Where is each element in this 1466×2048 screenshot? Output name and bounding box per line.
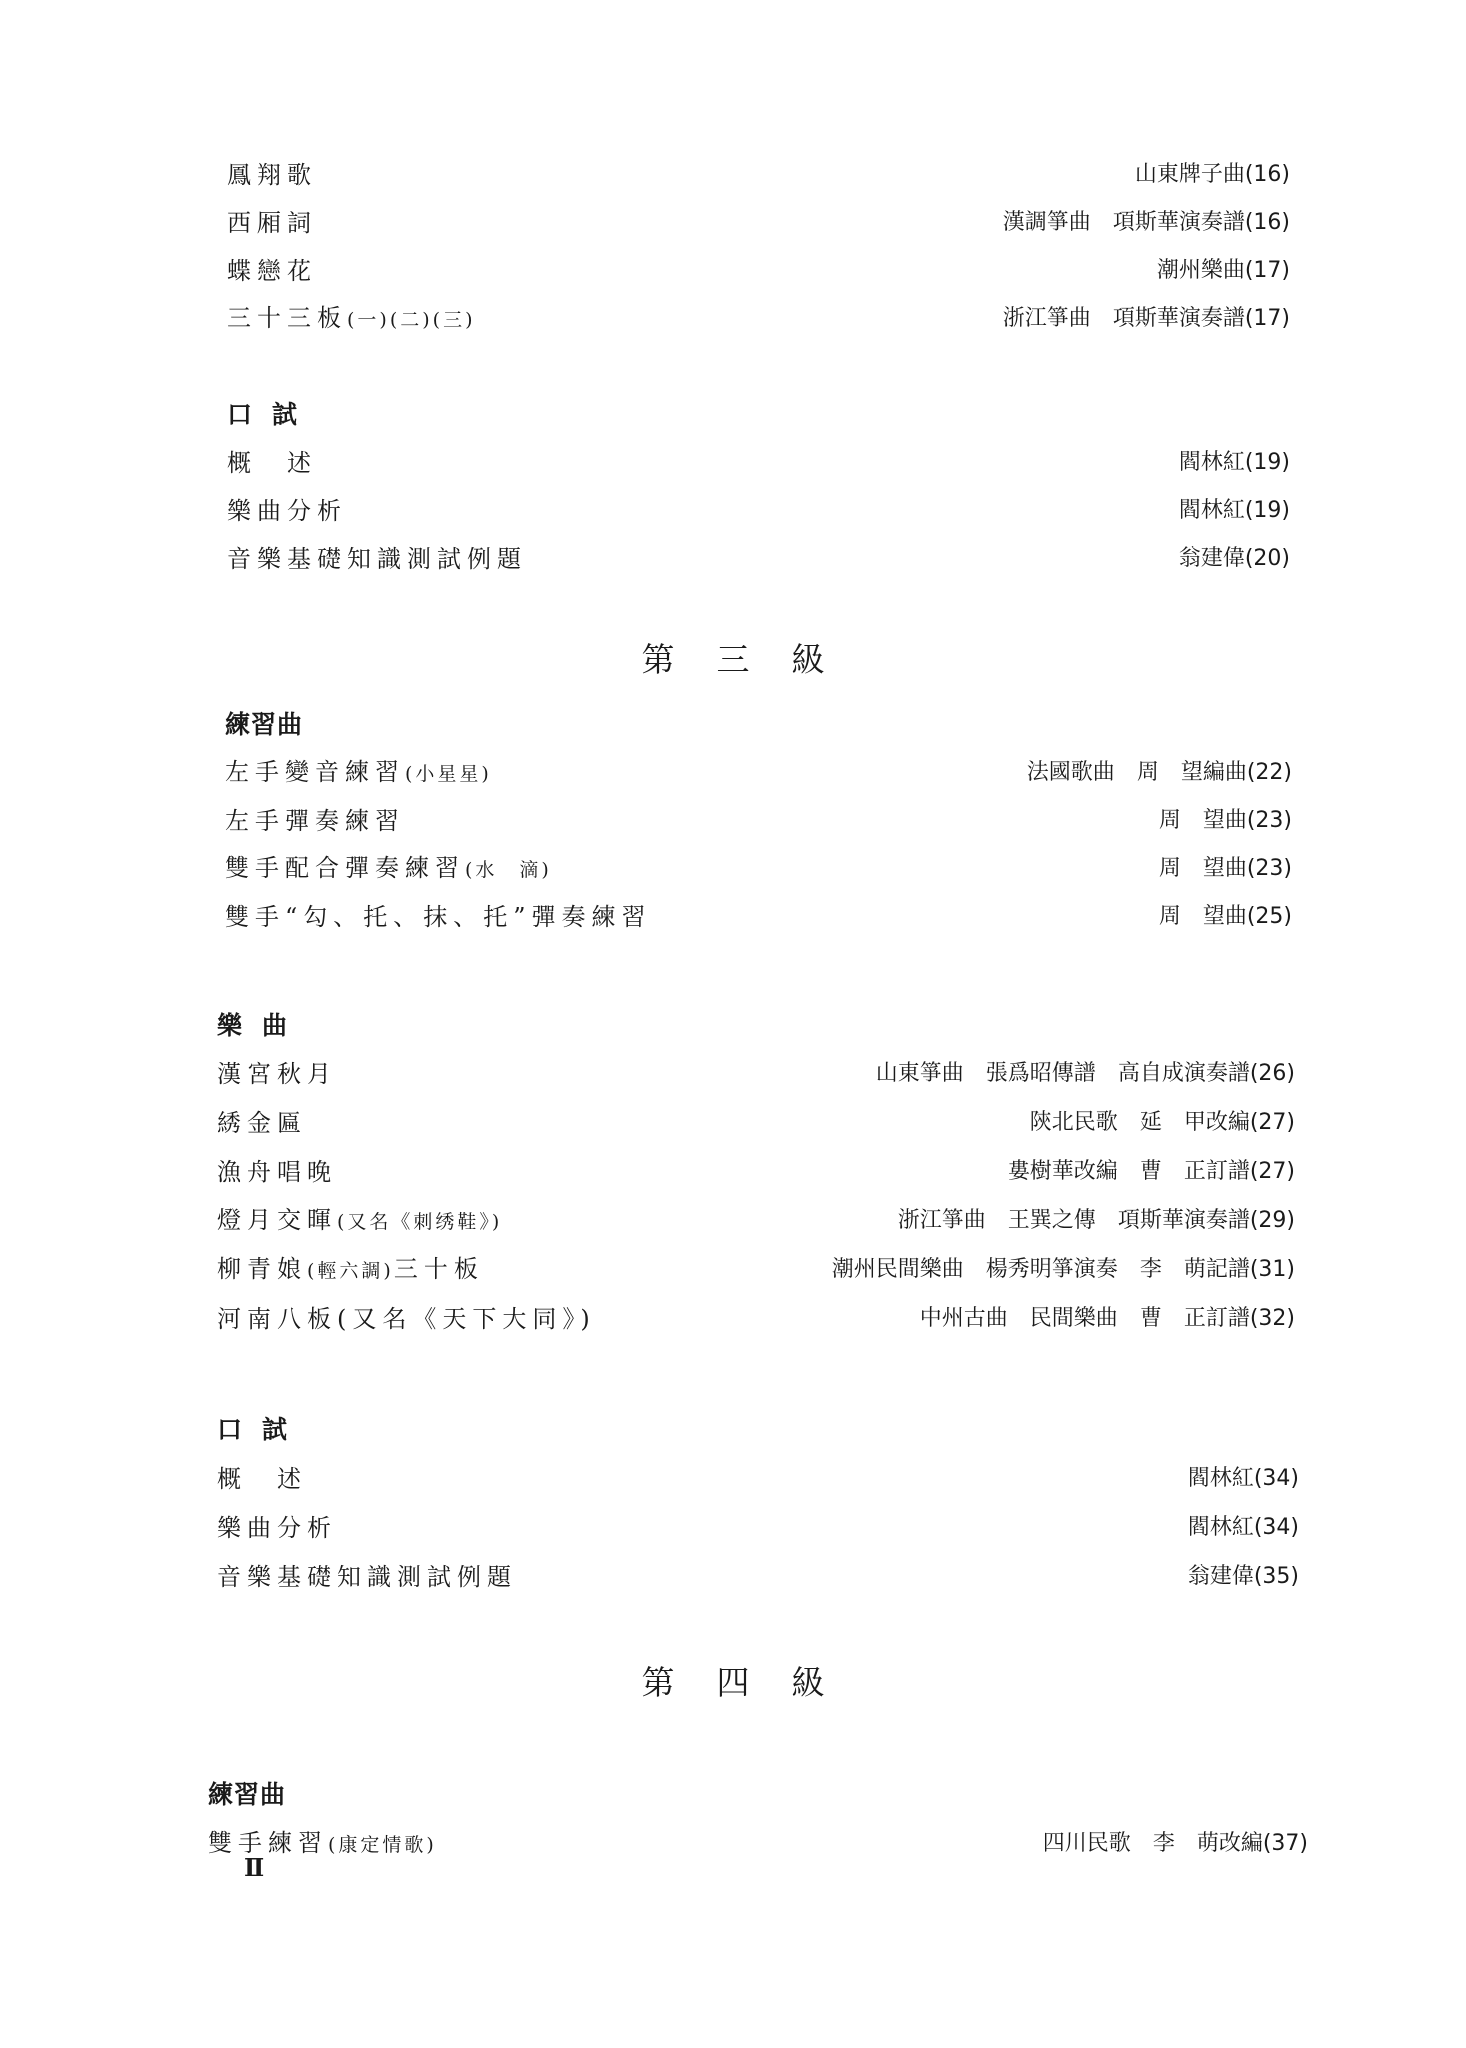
dot-leader — [341, 1508, 1184, 1548]
toc-entry: 雙手配合彈奏練習(水 滴) 周 望曲(23) — [225, 849, 1292, 889]
entry-credit: 閻林紅(34) — [1188, 1459, 1299, 1499]
section-heading-pieces: 樂曲 — [217, 1006, 307, 1046]
toc-entry: 綉金匾 陝北民歌延 甲改編(27) — [217, 1103, 1295, 1143]
dot-leader — [321, 443, 1175, 483]
entry-credit: 山東牌子曲(16) — [1135, 155, 1290, 195]
toc-entry: 概 述 閻林紅(19) — [227, 443, 1290, 483]
toc-entry: 樂曲分析 閻林紅(34) — [217, 1508, 1299, 1548]
dot-leader — [531, 539, 1175, 579]
entry-title: 音樂基礎知識測試例題 — [217, 1557, 517, 1597]
entry-credit: 漢調箏曲項斯華演奏譜(16) — [1003, 203, 1290, 243]
dot-leader — [506, 1201, 893, 1241]
toc-entry: 雙手“勾、托、抹、托”彈奏練習 周 望曲(25) — [225, 897, 1292, 937]
dot-leader — [311, 1103, 1026, 1143]
entry-credit: 潮州民間樂曲楊秀明箏演奏李 萌記譜(31) — [832, 1250, 1295, 1290]
dot-leader — [321, 251, 1153, 291]
section-heading-etudes: 練習曲 — [225, 705, 303, 745]
toc-entry: 柳青娘(輕六調)三十板 潮州民間樂曲楊秀明箏演奏李 萌記譜(31) — [217, 1250, 1295, 1290]
entry-title: 雙手配合彈奏練習(水 滴) — [225, 848, 552, 890]
entry-title: 三十三板(一)(二)(三) — [227, 298, 475, 340]
entry-title: 左手彈奏練習 — [225, 801, 405, 841]
dot-leader — [496, 753, 1023, 793]
entry-credit: 浙江箏曲項斯華演奏譜(17) — [1003, 299, 1290, 339]
dot-leader — [441, 1824, 1039, 1864]
entry-credit: 浙江箏曲王巽之傳項斯華演奏譜(29) — [898, 1201, 1295, 1241]
entry-credit: 周 望曲(25) — [1159, 897, 1292, 937]
toc-entry: 河南八板(又名《天下大同》) 中州古曲民間樂曲曹 正訂譜(32) — [217, 1299, 1295, 1339]
entry-credit: 閻林紅(19) — [1179, 443, 1290, 483]
dot-leader — [488, 1250, 828, 1290]
entry-title: 樂曲分析 — [227, 491, 347, 531]
entry-title: 概 述 — [217, 1459, 307, 1499]
dot-leader — [479, 299, 998, 339]
section-heading-etudes: 練習曲 — [208, 1775, 286, 1815]
entry-credit: 中州古曲民間樂曲曹 正訂譜(32) — [920, 1299, 1295, 1339]
entry-title: 概 述 — [227, 443, 317, 483]
toc-entry: 樂曲分析 閻林紅(19) — [227, 491, 1290, 531]
entry-title: 蝶戀花 — [227, 251, 317, 291]
entry-title: 雙手“勾、托、抹、托”彈奏練習 — [225, 897, 652, 937]
dot-leader — [321, 155, 1131, 195]
toc-entry: 漢宮秋月 山東箏曲張爲昭傳譜高自成演奏譜(26) — [217, 1054, 1295, 1094]
entry-title: 西厢詞 — [227, 203, 317, 243]
section-heading-oral: 口試 — [227, 395, 317, 435]
entry-title: 樂曲分析 — [217, 1508, 337, 1548]
entry-credit: 翁建偉(20) — [1179, 539, 1290, 579]
dot-leader — [656, 897, 1155, 937]
entry-title: 燈月交暉(又名《刺绣鞋》) — [217, 1200, 502, 1242]
toc-entry: 漁舟唱晚 婁樹華改編曹 正訂譜(27) — [217, 1152, 1295, 1192]
dot-leader — [521, 1557, 1184, 1597]
entry-credit: 閻林紅(34) — [1188, 1508, 1299, 1548]
toc-entry: 音樂基礎知識測試例題 翁建偉(35) — [217, 1557, 1299, 1597]
toc-entry: 鳳翔歌 山東牌子曲(16) — [227, 155, 1290, 195]
entry-title: 音樂基礎知識測試例題 — [227, 539, 527, 579]
entry-credit: 婁樹華改編曹 正訂譜(27) — [1008, 1152, 1295, 1192]
dot-leader — [556, 849, 1155, 889]
entry-credit: 閻林紅(19) — [1179, 491, 1290, 531]
entry-credit: 山東箏曲張爲昭傳譜高自成演奏譜(26) — [876, 1054, 1295, 1094]
toc-entry: 左手變音練習(小星星) 法國歌曲周 望編曲(22) — [225, 753, 1292, 793]
entry-title: 雙手練習(康定情歌) — [208, 1823, 437, 1865]
toc-entry: 西厢詞 漢調箏曲項斯華演奏譜(16) — [227, 203, 1290, 243]
toc-entry: 音樂基礎知識測試例題 翁建偉(20) — [227, 539, 1290, 579]
page-number: Ⅱ — [244, 1850, 264, 1886]
dot-leader — [321, 203, 999, 243]
entry-title: 左手變音練習(小星星) — [225, 752, 492, 794]
entry-title: 河南八板(又名《天下大同》) — [217, 1299, 596, 1339]
entry-credit: 周 望曲(23) — [1159, 849, 1292, 889]
toc-entry: 雙手練習(康定情歌) 四川民歌李 萌改編(37) — [208, 1824, 1308, 1864]
dot-leader — [311, 1459, 1184, 1499]
entry-title: 柳青娘(輕六調)三十板 — [217, 1249, 484, 1291]
entry-credit: 法國歌曲周 望編曲(22) — [1027, 753, 1292, 793]
toc-entry: 燈月交暉(又名《刺绣鞋》) 浙江箏曲王巽之傳項斯華演奏譜(29) — [217, 1201, 1295, 1241]
entry-title: 漁舟唱晚 — [217, 1152, 337, 1192]
level-title-3: 第三級 — [0, 635, 1466, 685]
leader-gap — [351, 491, 1175, 531]
dot-leader — [341, 1054, 872, 1094]
entry-title: 鳳翔歌 — [227, 155, 317, 195]
toc-page: 鳳翔歌 山東牌子曲(16) 西厢詞 漢調箏曲項斯華演奏譜(16) 蝶戀花 潮州樂… — [0, 0, 1466, 2048]
entry-credit: 翁建偉(35) — [1188, 1557, 1299, 1597]
dot-leader — [409, 801, 1155, 841]
toc-entry: 蝶戀花 潮州樂曲(17) — [227, 251, 1290, 291]
toc-entry: 左手彈奏練習 周 望曲(23) — [225, 801, 1292, 841]
dot-leader — [600, 1299, 916, 1339]
level-title-4: 第四級 — [0, 1658, 1466, 1708]
entry-credit: 陝北民歌延 甲改編(27) — [1030, 1103, 1295, 1143]
entry-title: 綉金匾 — [217, 1103, 307, 1143]
entry-credit: 周 望曲(23) — [1159, 801, 1292, 841]
toc-entry: 三十三板(一)(二)(三) 浙江箏曲項斯華演奏譜(17) — [227, 299, 1290, 339]
section-heading-oral: 口試 — [217, 1410, 307, 1450]
entry-credit: 潮州樂曲(17) — [1157, 251, 1290, 291]
entry-credit: 四川民歌李 萌改編(37) — [1043, 1824, 1308, 1864]
entry-title: 漢宮秋月 — [217, 1054, 337, 1094]
toc-entry: 概 述 閻林紅(34) — [217, 1459, 1299, 1499]
dot-leader — [341, 1152, 1004, 1192]
